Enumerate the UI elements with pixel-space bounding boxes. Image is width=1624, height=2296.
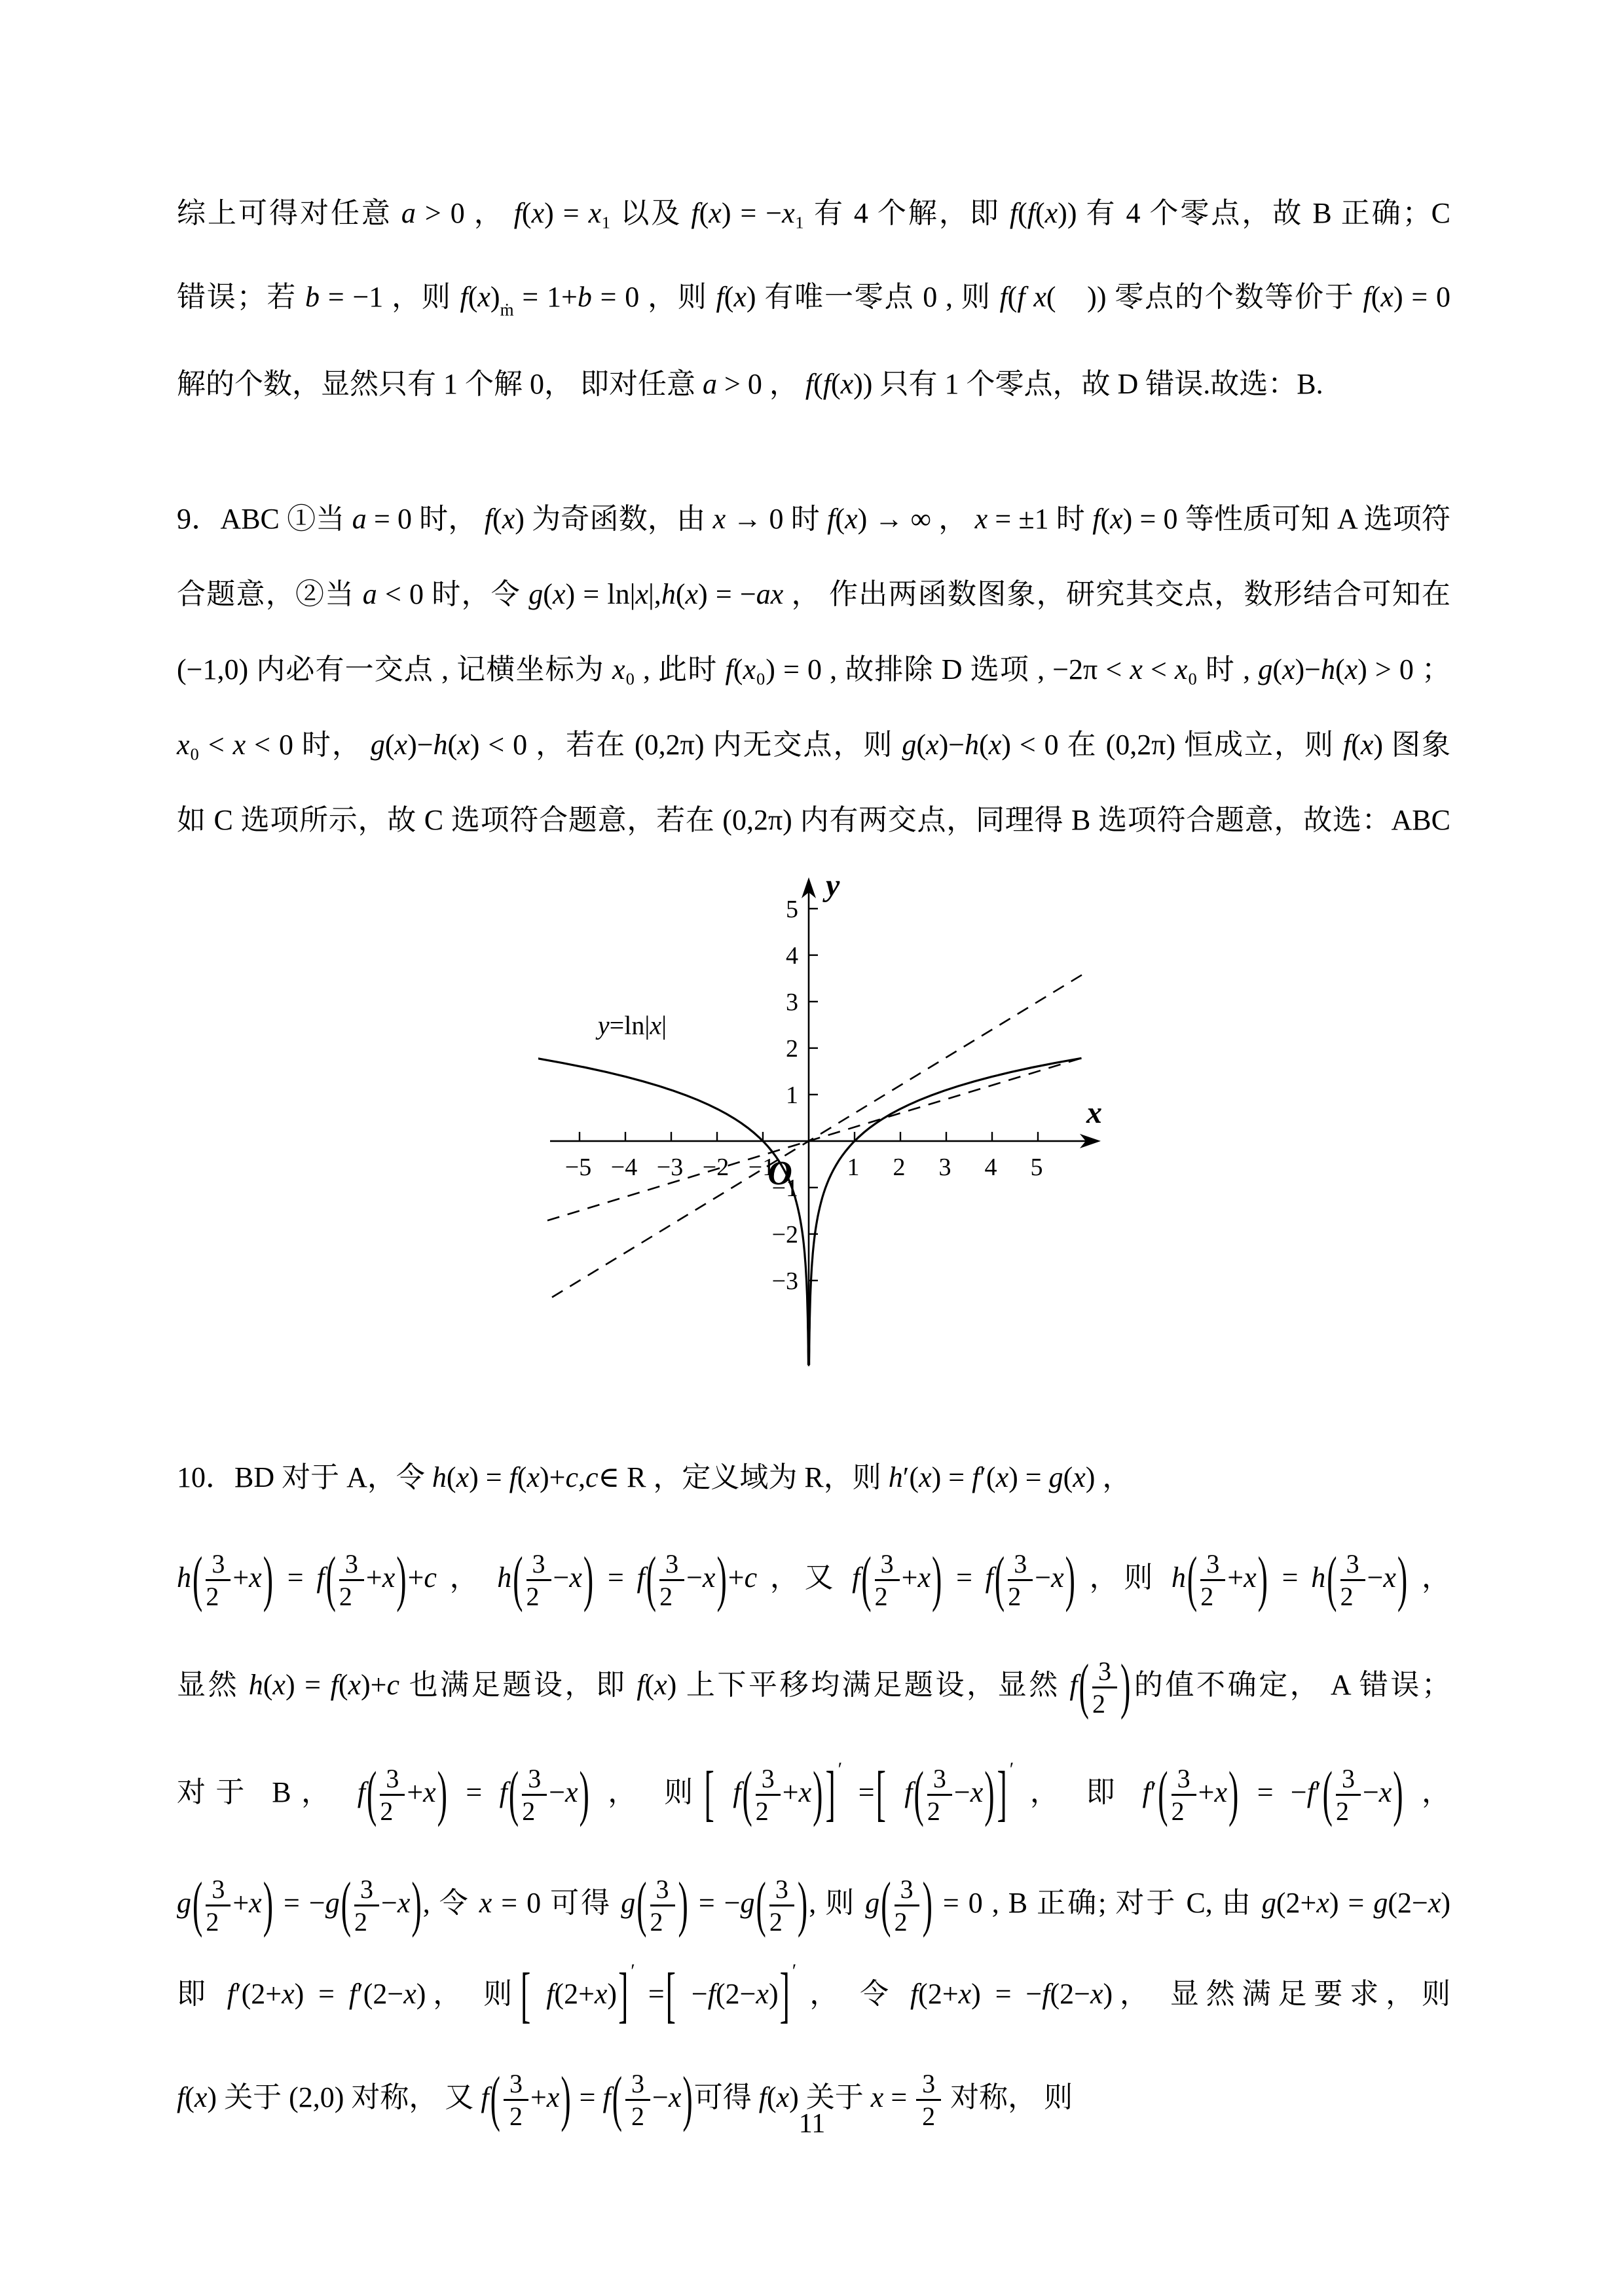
svg-text:y=ln|x|: y=ln|x| (595, 1010, 667, 1040)
svg-text:4: 4 (985, 1154, 997, 1181)
math-line: 错误；若 b = −1 ，则 f(x)ṁ = 1+b = 0 ，则 f(x) 有… (177, 255, 1450, 342)
math-line: (−1,0) 内必有一交点 , 记横坐标为 x₀ , 此时 f(x₀) = 0 … (177, 632, 1450, 707)
svg-text:−3: −3 (657, 1154, 683, 1181)
document-page: 综上可得对任意 a > 0 ， f(x) = x₁ 以及 f(x) = −x₁ … (0, 0, 1624, 2296)
answer-10: 10．BD 对于 A，令 h(x) = f(x)+c,c∈ R ，定义域为 R，… (177, 1436, 1450, 2147)
math-line: 对于 B， f(32+x) = f(32−x) ， 则[ f(32+x)]′ =… (177, 1743, 1450, 1845)
answer-8-continuation: 综上可得对任意 a > 0 ， f(x) = x₁ 以及 f(x) = −x₁ … (177, 172, 1450, 426)
math-line: 合题意，②当 a < 0 时，令 g(x) = ln|x|,h(x) = −ax… (177, 556, 1450, 632)
svg-text:x: x (1086, 1095, 1102, 1130)
math-line: h(32+x) = f(32+x)+c ， h(32−x) = f(32−x)+… (177, 1529, 1450, 1627)
math-line: 即 f′(2+x) = f′(2−x)， 则[ f(2+x)]′ =[ −f(2… (177, 1952, 1450, 2039)
math-line: 10．BD 对于 A，令 h(x) = f(x)+c,c∈ R ，定义域为 R，… (177, 1436, 1450, 1520)
svg-text:y: y (822, 868, 840, 903)
math-line: 综上可得对任意 a > 0 ， f(x) = x₁ 以及 f(x) = −x₁ … (177, 172, 1450, 255)
answer-9: 9．ABC ①当 a = 0 时， f(x) 为奇函数，由 x → 0 时 f(… (177, 481, 1450, 858)
function-graph: −5−4−3−2−112345−3−2−112345y=ln|x|xyO (538, 867, 1105, 1368)
svg-text:5: 5 (786, 896, 798, 923)
svg-text:2: 2 (786, 1035, 798, 1063)
svg-text:1: 1 (847, 1154, 860, 1181)
svg-text:−2: −2 (772, 1221, 798, 1248)
svg-text:O: O (767, 1155, 792, 1192)
svg-text:1: 1 (786, 1082, 798, 1109)
svg-text:4: 4 (786, 942, 798, 970)
math-line: 解的个数，显然只有 1 个解 0， 即对任意 a > 0 ， f(f(x)) 只… (177, 342, 1450, 426)
math-line: x₀ < x < 0 时， g(x)−h(x) < 0 ，若在 (0,2π) 内… (177, 707, 1450, 782)
svg-text:3: 3 (939, 1154, 951, 1181)
svg-text:−5: −5 (565, 1154, 591, 1181)
math-line: 显然 h(x) = f(x)+c 也满足题设，即 f(x) 上下平移均满足题设，… (177, 1636, 1450, 1734)
svg-text:−2: −2 (703, 1154, 729, 1181)
math-line: 如 C 选项所示，故 C 选项符合题意，若在 (0,2π) 内有两交点，同理得 … (177, 782, 1450, 858)
figure-graph: −5−4−3−2−112345−3−2−112345y=ln|x|xyO (538, 867, 1105, 1368)
page-number: 11 (0, 2107, 1624, 2141)
svg-text:2: 2 (893, 1154, 906, 1181)
math-line: g(32+x) = −g(32−x), 令 x = 0 可得 g(32) = −… (177, 1854, 1450, 1952)
svg-text:−3: −3 (772, 1267, 798, 1295)
math-line: 9．ABC ①当 a = 0 时， f(x) 为奇函数，由 x → 0 时 f(… (177, 481, 1450, 556)
page-content: 综上可得对任意 a > 0 ， f(x) = x₁ 以及 f(x) = −x₁ … (177, 172, 1450, 2147)
svg-text:3: 3 (786, 989, 798, 1016)
svg-text:5: 5 (1031, 1154, 1043, 1181)
svg-text:−4: −4 (611, 1154, 637, 1181)
